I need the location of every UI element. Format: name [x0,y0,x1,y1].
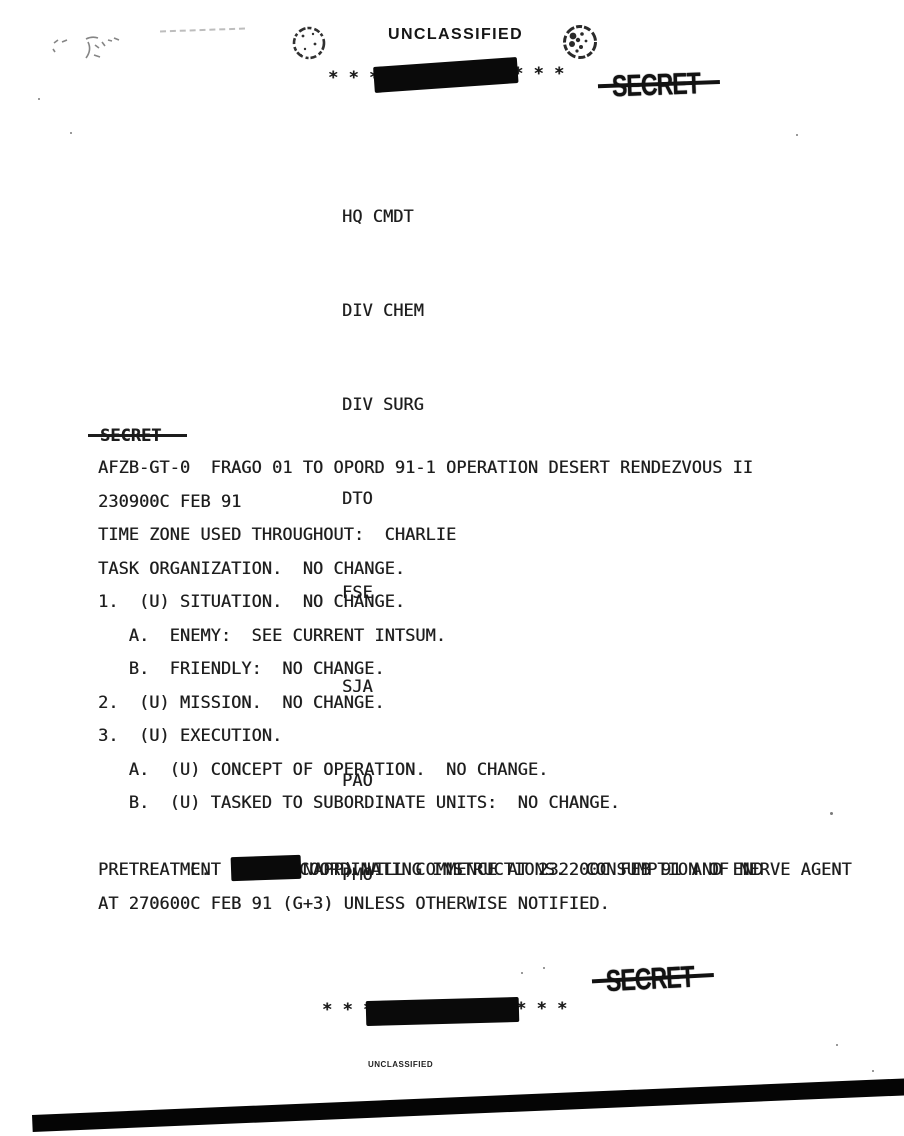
body-lines-after: PRETREATMENT PILLS (NAPP) WILL COMMENCE … [98,854,852,921]
secret-stamp-crossed-out: SECRET [611,68,712,103]
scanned-document-page: UNCLASSIFIED * * * * * * SECRET HQ CMDT … [0,0,904,1136]
footer-asterisks-right: * * * [516,999,567,1019]
header-asterisks-left: * * * [328,68,379,88]
body-line: AT 270600C FEB 91 (G+3) UNLESS OTHERWISE… [98,888,852,922]
header-asterisks-right: * * * [513,64,564,84]
pencil-dash-mark [160,28,245,33]
body-line: A. (U) CONCEPT OF OPERATION. NO CHANGE. [98,754,852,788]
body-line: A. ENEMY: SEE CURRENT INTSUM. [98,620,852,654]
inline-redaction-box [231,855,302,881]
body-line-c: C. COORDINATING INSTRUCTIONS. CONSUMPTIO… [98,821,852,855]
distribution-list-item: HQ CMDT [342,200,424,234]
body-line: 3. (U) EXECUTION. [98,720,852,754]
body-line: TASK ORGANIZATION. NO CHANGE. [98,553,852,587]
body-line: AFZB-GT-0 FRAGO 01 TO OPORD 91-1 OPERATI… [98,452,852,486]
redaction-bar [366,997,520,1026]
body-line: 1. (U) SITUATION. NO CHANGE. [98,586,852,620]
strikethrough-line [88,434,187,437]
body-line: B. (U) TASKED TO SUBORDINATE UNITS: NO C… [98,787,852,821]
body-line: B. FRIENDLY: NO CHANGE. [98,653,852,687]
round-seal-stamp-icon [291,25,327,61]
page-classification-footer: UNCLASSIFIED [368,1060,433,1069]
document-body: AFZB-GT-0 FRAGO 01 TO OPORD 91-1 OPERATI… [98,452,852,921]
body-line: 2. (U) MISSION. NO CHANGE. [98,687,852,721]
page-classification-header: UNCLASSIFIED [388,26,523,44]
redaction-bar [373,57,518,93]
secret-stamp-crossed-out: SECRET [605,961,707,998]
distribution-list-item: DIV SURG [342,388,424,422]
scan-edge-black-bar [32,1078,904,1132]
pencil-scribble [50,33,140,67]
body-line: PRETREATMENT PILLS (NAPP) WILL COMMENCE … [98,854,852,888]
body-line: TIME ZONE USED THROUGHOUT: CHARLIE [98,519,852,553]
body-line: 230900C FEB 91 [98,486,852,520]
distribution-list-item: DIV CHEM [342,294,424,328]
round-seal-stamp-icon [561,23,599,61]
body-lines: AFZB-GT-0 FRAGO 01 TO OPORD 91-1 OPERATI… [98,452,852,821]
